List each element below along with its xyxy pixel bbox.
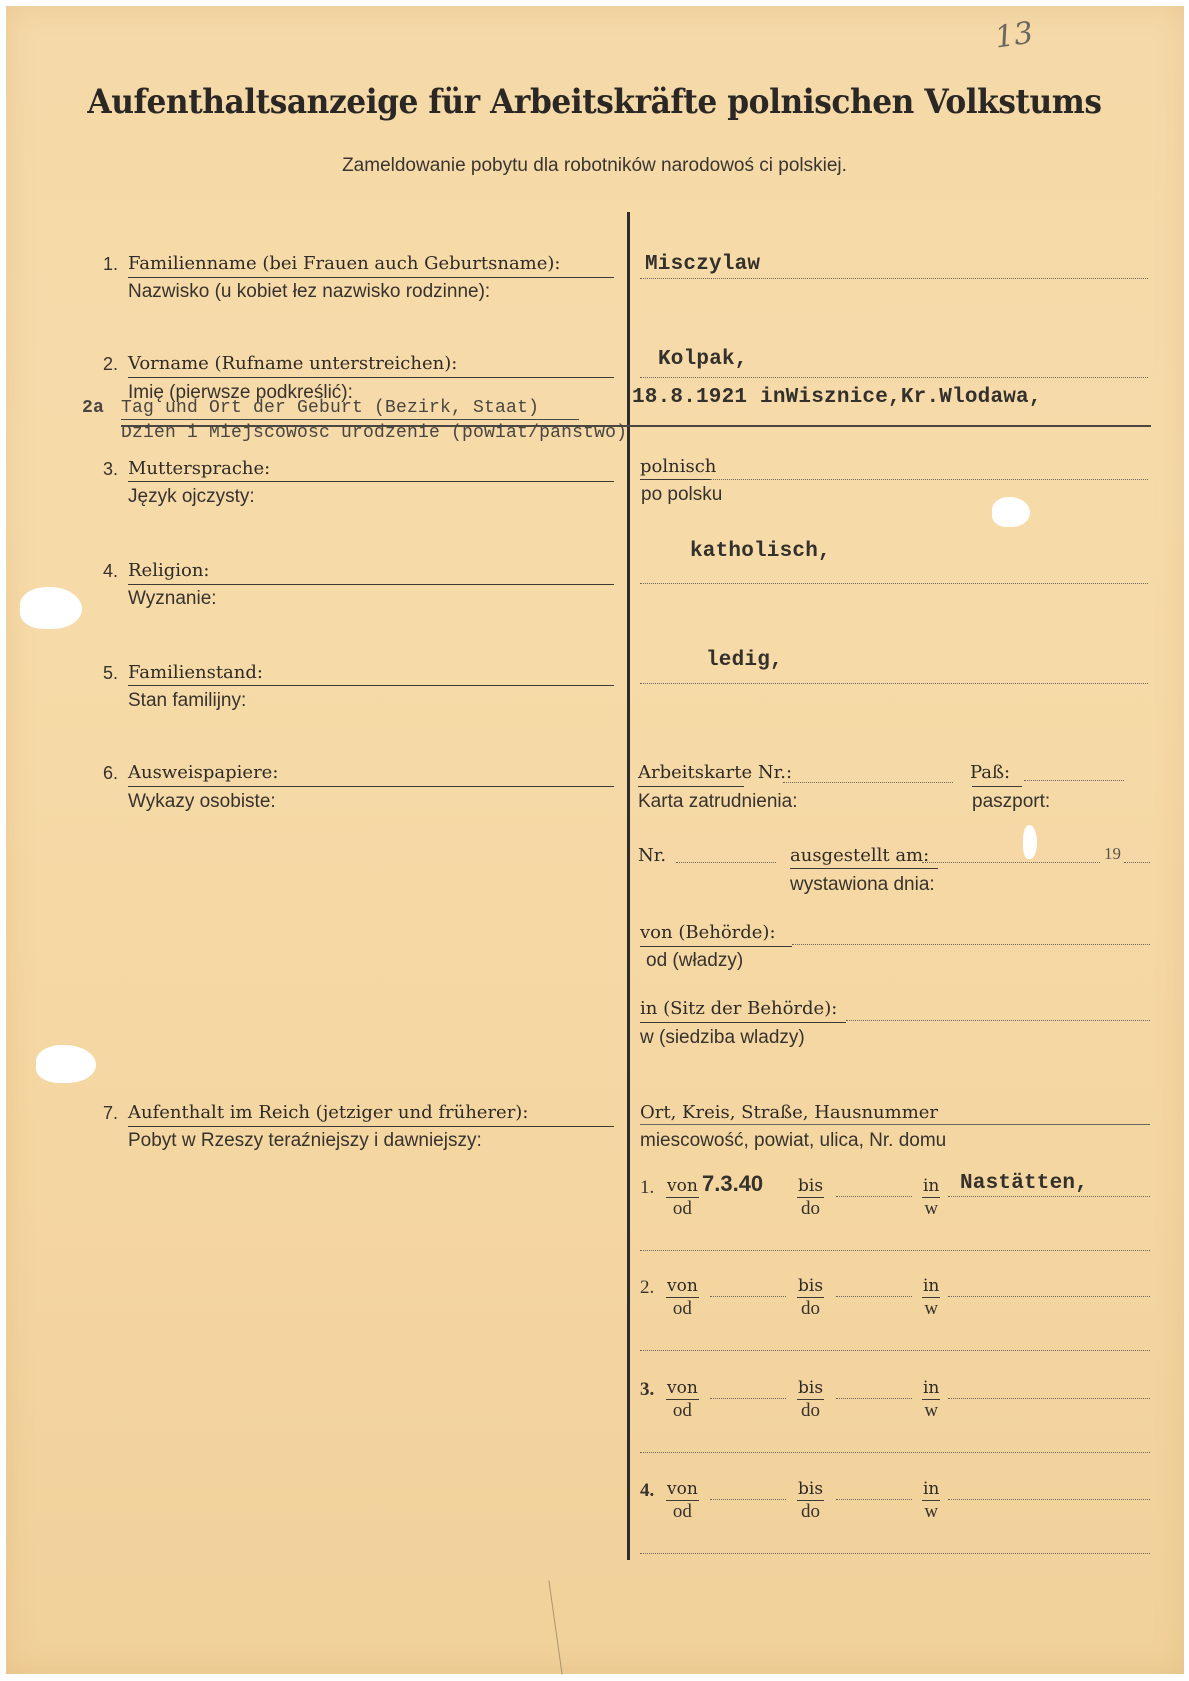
pass-label-de: Paß: [970, 762, 1010, 783]
seat-field[interactable] [846, 1020, 1150, 1021]
arbeitskarte-label-de: Arbeitskarte Nr.: [638, 762, 792, 783]
field-6-label-de: Ausweispapiere: [128, 762, 278, 783]
residence-1-to-label: bis do [797, 1176, 824, 1220]
from-label-pl: od [666, 1298, 699, 1320]
arbeitskarte-label-pl: Karta zatrudnienia: [638, 791, 798, 813]
residence-4-from-label: von od [666, 1479, 699, 1523]
residence-3-extra-line[interactable] [640, 1452, 1150, 1453]
column-divider [627, 212, 630, 1560]
in-label-de: in [922, 1378, 940, 1400]
in-label-pl: w [922, 1298, 940, 1320]
field-2-dotted-line [640, 377, 1148, 378]
address-header-de: Ort, Kreis, Straße, Hausnummer [640, 1102, 938, 1123]
residence-4-from-field[interactable] [710, 1499, 786, 1500]
to-label-pl: do [797, 1198, 824, 1220]
residence-1-to-field[interactable] [836, 1196, 912, 1197]
field-7-label-de: Aufenthalt im Reich (jetziger und früher… [128, 1102, 528, 1123]
from-label-pl: od [666, 1198, 699, 1220]
field-7-underline [128, 1126, 614, 1127]
issued-underline [790, 868, 938, 869]
residence-4-index: 4. [640, 1480, 654, 1502]
address-header-line [640, 1124, 1150, 1125]
residence-1-extra-line[interactable] [640, 1250, 1150, 1251]
field-1-value[interactable]: Misczylaw [645, 253, 760, 276]
nr-label: Nr. [638, 845, 666, 866]
field-1-number: 1. [94, 254, 118, 275]
residence-2-to-field[interactable] [836, 1296, 912, 1297]
page-number: 13 [993, 16, 1036, 56]
field-2a-value[interactable]: 18.8.1921 inWisznice,Kr.Wlodawa, [632, 386, 1042, 409]
paper-hole [20, 587, 82, 629]
residence-2-to-label: bis do [797, 1276, 824, 1320]
in-label-pl: w [922, 1501, 940, 1523]
field-5-label-pl: Stan familijny: [128, 690, 246, 712]
residence-3-from-field[interactable] [710, 1398, 786, 1399]
field-3-label-de: Muttersprache: [128, 458, 270, 479]
authority-label-de: von (Behörde): [640, 922, 776, 943]
from-label-de: von [666, 1276, 699, 1298]
issued-year-prefix: 19 [1104, 844, 1121, 864]
issued-year-field[interactable] [1124, 862, 1150, 863]
arbeitskarte-number-field[interactable] [783, 782, 953, 783]
from-label-de: von [666, 1479, 699, 1501]
residence-1-from-label: von od [666, 1176, 699, 1220]
field-4-value[interactable]: katholisch, [690, 540, 831, 563]
field-5-value[interactable]: ledig, [706, 649, 783, 672]
field-3-underline [128, 481, 614, 482]
in-label-de: in [922, 1479, 940, 1501]
paper-hole [992, 497, 1030, 527]
from-label-de: von [666, 1378, 699, 1400]
field-3-number: 3. [94, 459, 118, 480]
residence-1-index: 1. [640, 1177, 654, 1199]
residence-1-in-label: in w [922, 1176, 940, 1220]
pass-number-field[interactable] [1024, 780, 1124, 781]
in-label-pl: w [922, 1400, 940, 1422]
paper-hole [36, 1045, 96, 1083]
issued-label-pl: wystawiona dnia: [790, 874, 935, 896]
seat-label-pl: w (siedziba wladzy) [640, 1027, 805, 1049]
field-1-dotted-line [640, 278, 1148, 279]
to-label-de: bis [797, 1378, 824, 1400]
issued-date-field[interactable] [922, 862, 1100, 863]
field-2-number: 2. [94, 354, 118, 375]
field-6-label-pl: Wykazy osobiste: [128, 791, 276, 813]
field-1-label-pl: Nazwisko (u kobiet łez nazwisko rodzinne… [128, 281, 490, 303]
in-label-pl: w [922, 1198, 940, 1220]
residence-1-place-value[interactable]: Nastätten, [960, 1172, 1088, 1195]
field-3-dotted-line [710, 479, 1148, 480]
residence-2-index: 2. [640, 1277, 654, 1299]
pass-label-pl: paszport: [972, 791, 1050, 813]
to-label-de: bis [797, 1276, 824, 1298]
field-2a-underline [121, 419, 579, 420]
authority-underline [640, 946, 792, 947]
residence-3-to-field[interactable] [836, 1398, 912, 1399]
authority-field[interactable] [792, 944, 1150, 945]
issued-label-de: ausgestellt am: [790, 845, 929, 866]
field-6-number: 6. [94, 763, 118, 784]
document-title: Aufenthaltsanzeige für Arbeitskräfte pol… [48, 82, 1142, 122]
residence-3-in-label: in w [922, 1378, 940, 1422]
from-label-de: von [666, 1176, 699, 1198]
nr-field[interactable] [676, 862, 776, 863]
field-3-value-underline [640, 479, 710, 480]
field-4-underline [128, 584, 614, 585]
residence-2-in-label: in w [922, 1276, 940, 1320]
document-subtitle: Zameldowanie pobytu dla robotników narod… [0, 155, 1189, 177]
field-6-underline [128, 786, 614, 787]
residence-4-place-field[interactable] [948, 1499, 1150, 1500]
in-label-de: in [922, 1276, 940, 1298]
field-4-number: 4. [94, 561, 118, 582]
residence-4-extra-line[interactable] [640, 1553, 1150, 1554]
from-label-pl: od [666, 1501, 699, 1523]
from-label-pl: od [666, 1400, 699, 1422]
to-label-pl: do [797, 1298, 824, 1320]
seat-label-de: in (Sitz der Behörde): [640, 998, 837, 1019]
residence-3-from-label: von od [666, 1378, 699, 1422]
field-2-value[interactable]: Kolpak, [658, 348, 748, 371]
field-2a-label-pl: Dzien i Miejscowosc urodzenie (powiat/pa… [121, 423, 627, 443]
residence-2-from-field[interactable] [710, 1296, 786, 1297]
field-5-label-de: Familienstand: [128, 662, 263, 683]
residence-4-to-label: bis do [797, 1479, 824, 1523]
field-2a-label-de: Tag und Ort der Geburt (Bezirk, Staat) [121, 398, 539, 418]
paper-hole [1023, 825, 1037, 859]
residence-1-from-value[interactable]: 7.3.40 [702, 1171, 763, 1197]
field-3-value-de: polnisch [640, 456, 716, 477]
address-header-pl: miescowość, powiat, ulica, Nr. domu [640, 1130, 946, 1152]
residence-2-extra-line[interactable] [640, 1350, 1150, 1351]
residence-4-in-label: in w [922, 1479, 940, 1523]
to-label-de: bis [797, 1176, 824, 1198]
to-label-pl: do [797, 1501, 824, 1523]
field-2a-number: 2a [82, 398, 104, 418]
residence-3-to-label: bis do [797, 1378, 824, 1422]
field-7-label-pl: Pobyt w Rzeszy teraźniejszy i dawniejszy… [128, 1130, 482, 1152]
pass-underline [972, 786, 1022, 787]
in-label-de: in [922, 1176, 940, 1198]
field-7-number: 7. [94, 1103, 118, 1124]
field-2-underline [128, 377, 614, 378]
residence-4-to-field[interactable] [836, 1499, 912, 1500]
field-1-underline [128, 277, 614, 278]
field-5-dotted-line [640, 683, 1148, 684]
field-5-underline [128, 685, 614, 686]
field-4-label-pl: Wyznanie: [128, 588, 217, 610]
arbeitskarte-underline [638, 786, 744, 787]
field-2-label-de: Vorname (Rufname unterstreichen): [128, 353, 457, 374]
residence-3-place-field[interactable] [948, 1398, 1150, 1399]
to-label-de: bis [797, 1479, 824, 1501]
field-1-label-de: Familienname (bei Frauen auch Geburtsnam… [128, 253, 560, 274]
authority-label-pl: od (władzy) [646, 950, 743, 972]
residence-2-from-label: von od [666, 1276, 699, 1320]
field-3-value-pl: po polsku [641, 484, 722, 506]
field-3-label-pl: Język ojczysty: [128, 486, 255, 508]
field-4-label-de: Religion: [128, 560, 210, 581]
field-5-number: 5. [94, 663, 118, 684]
residence-3-index: 3. [640, 1379, 654, 1401]
residence-2-place-field[interactable] [948, 1296, 1150, 1297]
residence-1-place-line [948, 1196, 1150, 1197]
seat-underline [640, 1022, 846, 1023]
field-4-dotted-line [640, 583, 1148, 584]
to-label-pl: do [797, 1400, 824, 1422]
